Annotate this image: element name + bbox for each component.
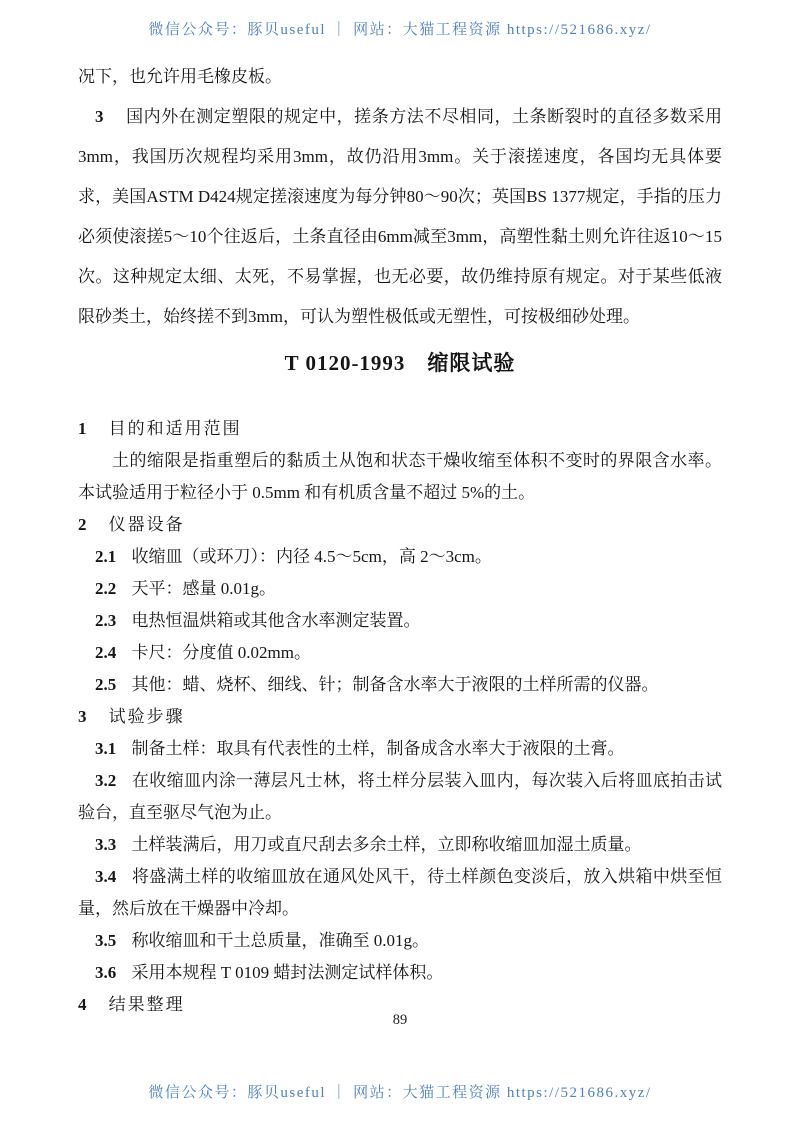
paragraph-continuation: 况下，也允许用毛橡皮板。 bbox=[78, 57, 722, 97]
item-number: 3.1 bbox=[95, 739, 116, 758]
list-item-3-4: 3.4将盛满土样的收缩皿放在通风处风干，待土样颜色变淡后，放入烘箱中烘至恒量，然… bbox=[78, 861, 722, 925]
section-heading-2: 2仪器设备 bbox=[78, 509, 722, 541]
section-number: 1 bbox=[78, 419, 87, 438]
section-heading-text: 仪器设备 bbox=[109, 515, 185, 534]
item-text: 电热恒温烘箱或其他含水率测定装置。 bbox=[132, 611, 421, 630]
item-number: 3.6 bbox=[95, 963, 116, 982]
item-text: 将盛满土样的收缩皿放在通风处风干，待土样颜色变淡后，放入烘箱中烘至恒量，然后放在… bbox=[78, 867, 722, 918]
section-heading-text: 目的和适用范围 bbox=[109, 419, 242, 438]
list-item-2-3: 2.3电热恒温烘箱或其他含水率测定装置。 bbox=[78, 605, 722, 637]
item-number: 3.4 bbox=[95, 867, 116, 886]
section-heading-3: 3试验步骤 bbox=[78, 701, 722, 733]
paragraph-number: 3 bbox=[95, 107, 104, 126]
section-number: 2 bbox=[78, 515, 87, 534]
item-text: 土样装满后，用刀或直尺刮去多余土样，立即称收缩皿加湿土质量。 bbox=[132, 835, 642, 854]
item-number: 3.5 bbox=[95, 931, 116, 950]
section-number: 3 bbox=[78, 707, 87, 726]
header-banner: 微信公众号：豚贝useful ｜ 网站：大猫工程资源 https://52168… bbox=[0, 19, 800, 41]
paragraph-text: 国内外在测定塑限的规定中，搓条方法不尽相同，土条断裂时的直径多数采用3mm，我国… bbox=[78, 107, 722, 326]
footer-banner: 微信公众号：豚贝useful ｜ 网站：大猫工程资源 https://52168… bbox=[0, 1082, 800, 1104]
section-heading-1: 1目的和适用范围 bbox=[78, 413, 722, 445]
list-item-3-3: 3.3土样装满后，用刀或直尺刮去多余土样，立即称收缩皿加湿土质量。 bbox=[78, 829, 722, 861]
list-item-3-2: 3.2在收缩皿内涂一薄层凡士林，将土样分层装入皿内，每次装入后将皿底拍击试验台，… bbox=[78, 765, 722, 829]
list-item-3-6: 3.6采用本规程 T 0109 蜡封法测定试样体积。 bbox=[78, 957, 722, 989]
page-number: 89 bbox=[0, 1009, 800, 1031]
item-number: 2.2 bbox=[95, 579, 116, 598]
list-item-2-4: 2.4卡尺：分度值 0.02mm。 bbox=[78, 637, 722, 669]
numbered-paragraph-3: 3国内外在测定塑限的规定中，搓条方法不尽相同，土条断裂时的直径多数采用3mm，我… bbox=[78, 97, 722, 337]
document-page: 微信公众号：豚贝useful ｜ 网站：大猫工程资源 https://52168… bbox=[0, 0, 800, 1131]
item-text: 天平：感量 0.01g。 bbox=[132, 579, 277, 598]
item-number: 2.5 bbox=[95, 675, 116, 694]
item-text: 称收缩皿和干土总质量，准确至 0.01g。 bbox=[132, 931, 430, 950]
list-item-2-2: 2.2天平：感量 0.01g。 bbox=[78, 573, 722, 605]
section-1-paragraph: 土的缩限是指重塑后的黏质土从饱和状态干燥收缩至体积不变时的界限含水率。本试验适用… bbox=[78, 445, 722, 509]
item-number: 3.3 bbox=[95, 835, 116, 854]
section-heading-text: 试验步骤 bbox=[109, 707, 185, 726]
item-text: 制备土样：取具有代表性的土样，制备成含水率大于液限的土膏。 bbox=[132, 739, 625, 758]
list-item-3-1: 3.1制备土样：取具有代表性的土样，制备成含水率大于液限的土膏。 bbox=[78, 733, 722, 765]
page-title: T 0120-1993 缩限试验 bbox=[78, 347, 722, 379]
item-number: 3.2 bbox=[95, 771, 116, 790]
item-number: 2.3 bbox=[95, 611, 116, 630]
item-number: 2.1 bbox=[95, 547, 116, 566]
list-item-2-1: 2.1收缩皿（或环刀）：内径 4.5～5cm，高 2～3cm。 bbox=[78, 541, 722, 573]
item-number: 2.4 bbox=[95, 643, 116, 662]
item-text: 采用本规程 T 0109 蜡封法测定试样体积。 bbox=[132, 963, 444, 982]
item-text: 卡尺：分度值 0.02mm。 bbox=[132, 643, 311, 662]
item-text: 收缩皿（或环刀）：内径 4.5～5cm，高 2～3cm。 bbox=[132, 547, 492, 566]
list-item-3-5: 3.5称收缩皿和干土总质量，准确至 0.01g。 bbox=[78, 925, 722, 957]
item-text: 在收缩皿内涂一薄层凡士林，将土样分层装入皿内，每次装入后将皿底拍击试验台，直至驱… bbox=[78, 771, 722, 822]
item-text: 其他：蜡、烧杯、细线、针；制备含水率大于液限的土样所需的仪器。 bbox=[132, 675, 659, 694]
list-item-2-5: 2.5其他：蜡、烧杯、细线、针；制备含水率大于液限的土样所需的仪器。 bbox=[78, 669, 722, 701]
page-content: 况下，也允许用毛橡皮板。 3国内外在测定塑限的规定中，搓条方法不尽相同，土条断裂… bbox=[78, 57, 722, 1021]
